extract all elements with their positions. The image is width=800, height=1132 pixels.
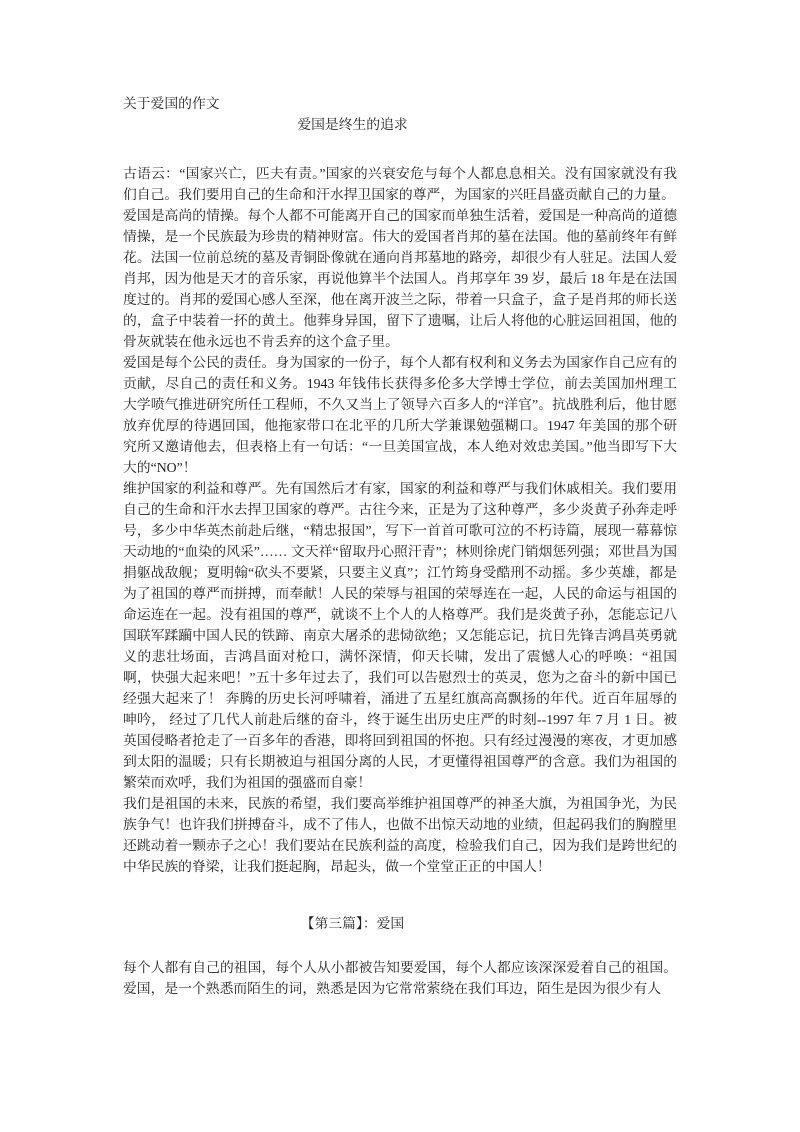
paragraph-future-hope: 我们是祖国的未来，民族的希望，我们要高举维护祖国尊严的神圣大旗，为祖国争光，为民… [123,793,677,877]
document-content: 关于爱国的作文 爱国是终生的追求 古语云：“国家兴亡，匹夫有责。”国家的兴衰安危… [123,93,677,999]
section-heading: 【第三篇】：爱国 [123,913,677,934]
document-page: 关于爱国的作文 爱国是终生的追求 古语云：“国家兴亡，匹夫有责。”国家的兴衰安危… [0,0,800,1132]
document-title: 关于爱国的作文 [123,93,677,114]
paragraph-citizen-duty: 爱国是每个公民的责任。身为国家的一份子，每个人都有权利和义务去为国家作自己应有的… [123,352,677,478]
paragraph-national-dignity: 维护国家的利益和尊严。先有国然后才有家，国家的利益和尊严与我们休戚相关。我们要用… [123,478,677,793]
paragraph-intro: 古语云：“国家兴亡，匹夫有责。”国家的兴衰安危与每个人都息息相关。没有国家就没有… [123,163,677,205]
essay-heading: 爱国是终生的追求 [123,114,677,135]
paragraph-closing: 每个人都有自己的祖国，每个人从小都被告知要爱国，每个人都应该深深爱着自己的祖国。… [123,957,677,999]
paragraph-noble-sentiment: 爱国是高尚的情操。每个人都不可能离开自己的国家而单独生活着，爱国是一种高尚的道德… [123,205,677,352]
